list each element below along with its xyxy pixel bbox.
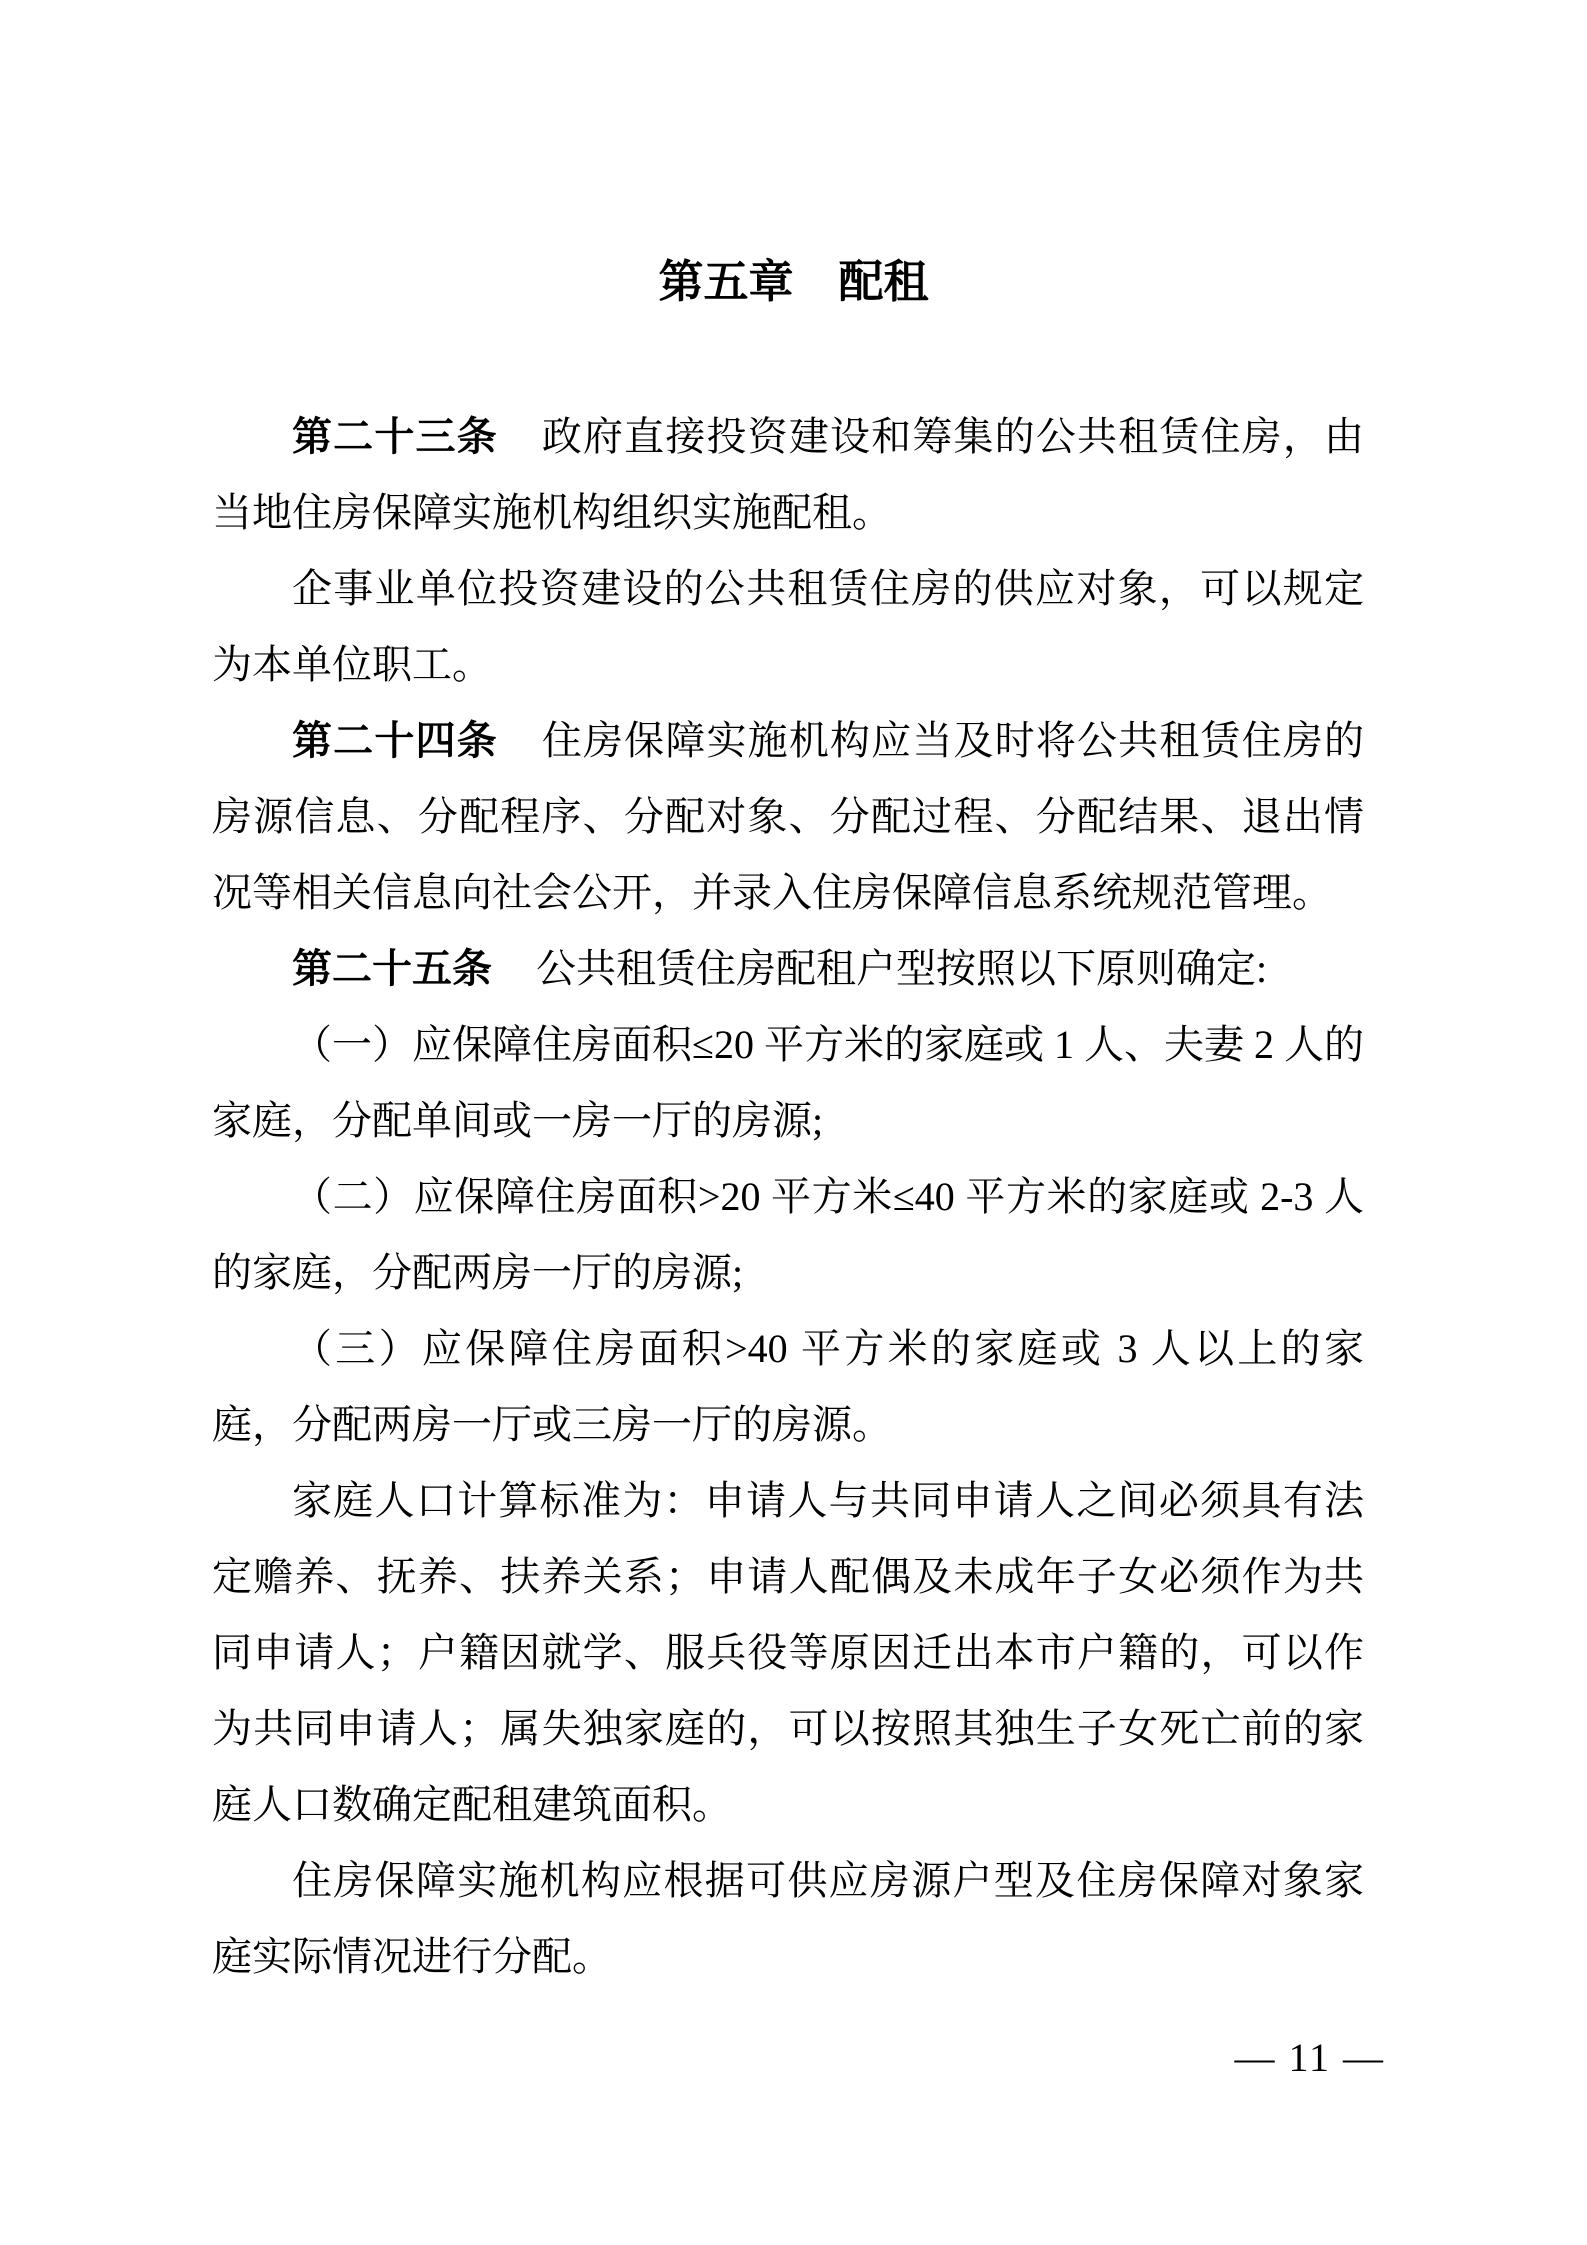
document-page: 第五章 配租 第二十三条政府直接投资建设和筹集的公共租赁住房，由当地住房保障实施… <box>0 0 1587 2245</box>
article-number: 第二十五条 <box>292 947 492 991</box>
paragraph: 第二十四条住房保障实施机构应当及时将公共租赁住房的房源信息、分配程序、分配对象、… <box>212 703 1364 931</box>
paragraph-text: 企事业单位投资建设的公共租赁住房的供应对象，可以规定为本单位职工。 <box>212 566 1364 687</box>
paragraph-text: 公共租赁住房配租户型按照以下原则确定: <box>536 946 1267 991</box>
article-number: 第二十三条 <box>292 415 498 459</box>
chapter-title: 第五章 配租 <box>0 256 1587 308</box>
paragraph: 第二十三条政府直接投资建设和筹集的公共租赁住房，由当地住房保障实施机构组织实施配… <box>212 399 1364 551</box>
paragraph-text: （三）应保障住房面积>40 平方米的家庭或 3 人以上的家庭，分配两房一厅或三房… <box>212 1326 1364 1447</box>
paragraph: （二）应保障住房面积>20 平方米≤40 平方米的家庭或 2-3 人的家庭，分配… <box>212 1159 1364 1311</box>
paragraph-text: （一）应保障住房面积≤20 平方米的家庭或 1 人、夫妻 2 人的家庭，分配单间… <box>212 1022 1364 1143</box>
paragraph: （一）应保障住房面积≤20 平方米的家庭或 1 人、夫妻 2 人的家庭，分配单间… <box>212 1007 1364 1159</box>
page-number: — 11 — <box>1234 2032 1385 2084</box>
paragraph-text: 家庭人口计算标准为：申请人与共同申请人之间必须具有法定赡养、抚养、扶养关系；申请… <box>212 1478 1364 1827</box>
paragraph: 住房保障实施机构应根据可供应房源户型及住房保障对象家庭实际情况进行分配。 <box>212 1843 1364 1995</box>
paragraph: 企事业单位投资建设的公共租赁住房的供应对象，可以规定为本单位职工。 <box>212 551 1364 703</box>
paragraph: 家庭人口计算标准为：申请人与共同申请人之间必须具有法定赡养、抚养、扶养关系；申请… <box>212 1463 1364 1843</box>
article-number: 第二十四条 <box>292 719 498 763</box>
paragraph-text: 住房保障实施机构应根据可供应房源户型及住房保障对象家庭实际情况进行分配。 <box>212 1858 1364 1979</box>
paragraph: 第二十五条公共租赁住房配租户型按照以下原则确定: <box>212 931 1364 1007</box>
paragraph-text: （二）应保障住房面积>20 平方米≤40 平方米的家庭或 2-3 人的家庭，分配… <box>212 1174 1364 1295</box>
paragraph: （三）应保障住房面积>40 平方米的家庭或 3 人以上的家庭，分配两房一厅或三房… <box>212 1311 1364 1463</box>
document-body: 第二十三条政府直接投资建设和筹集的公共租赁住房，由当地住房保障实施机构组织实施配… <box>212 399 1364 1995</box>
